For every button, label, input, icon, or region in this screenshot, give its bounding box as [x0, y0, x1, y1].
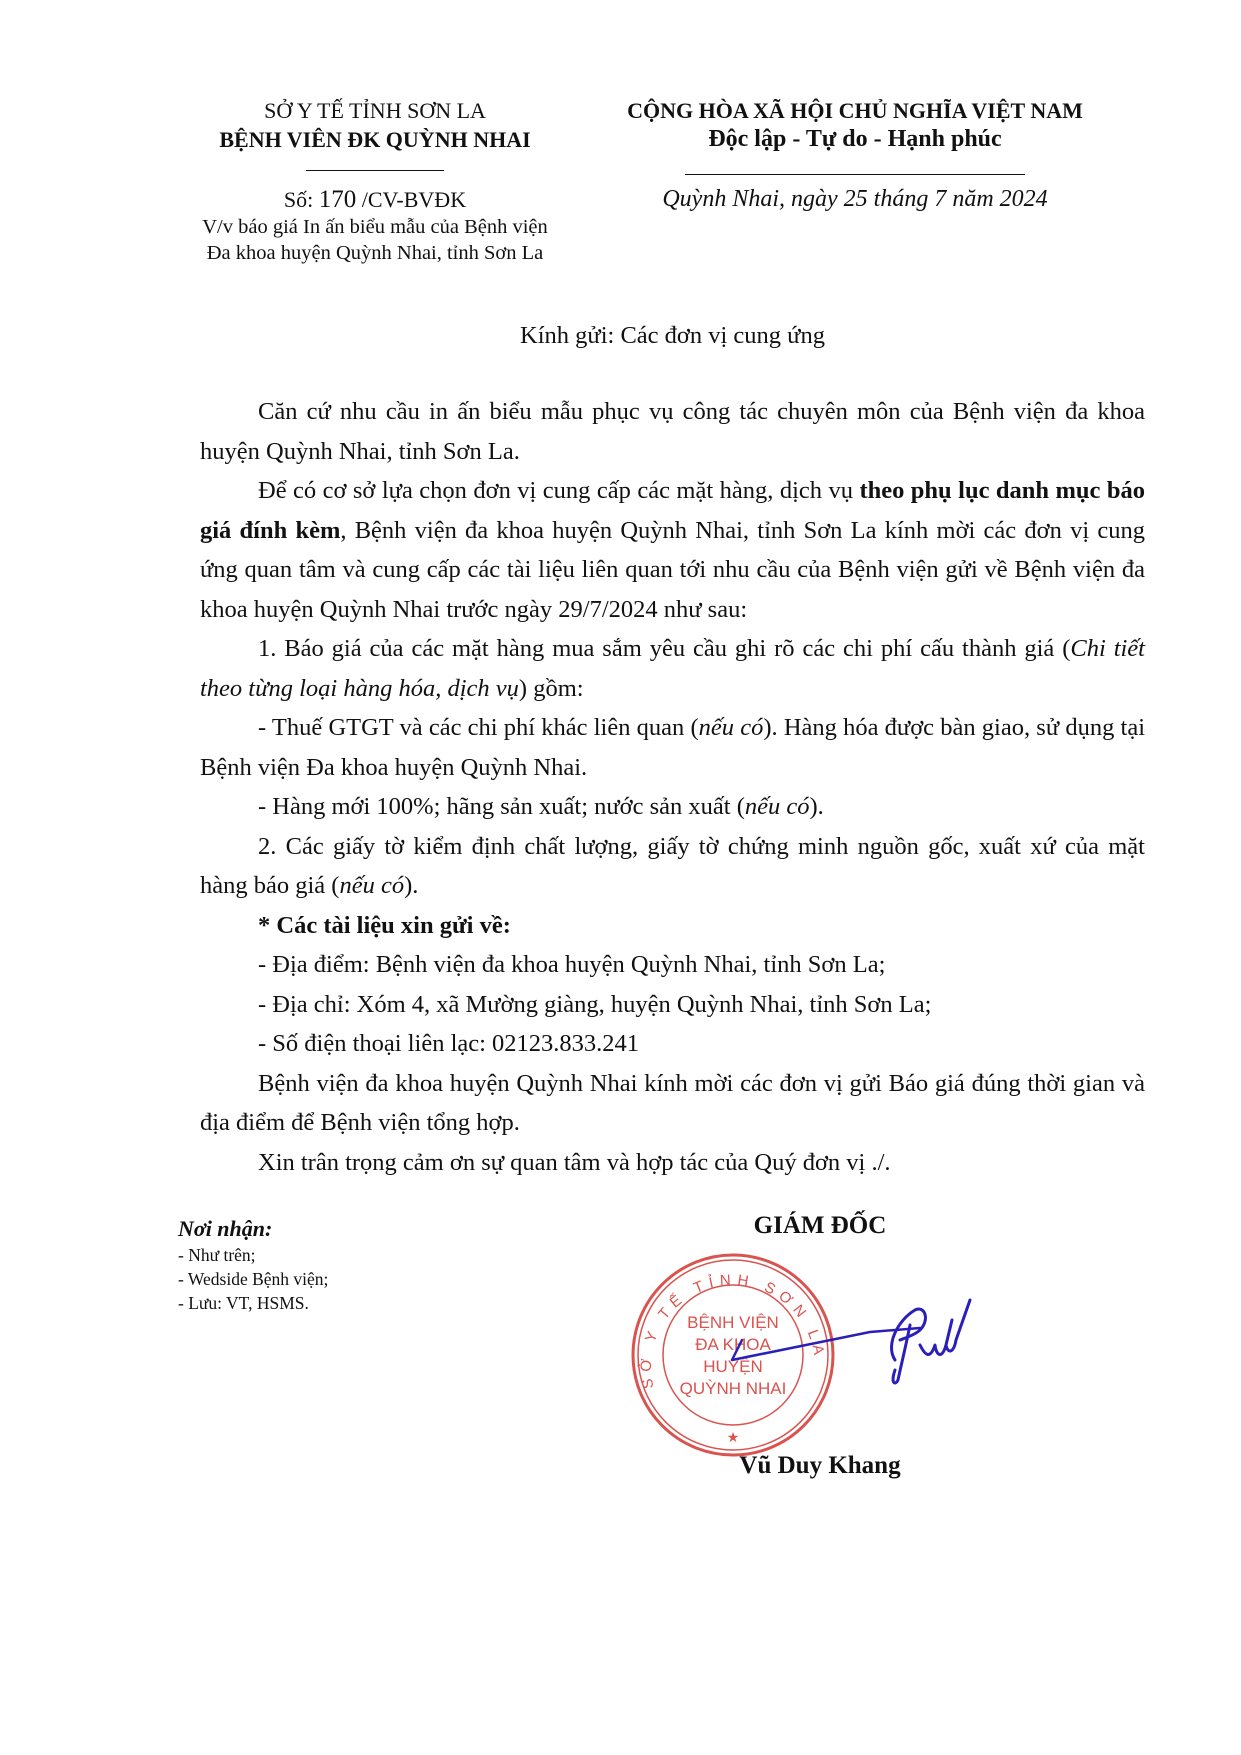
- send-address: - Địa chỉ: Xóm 4, xã Mường giàng, huyện …: [200, 985, 1145, 1025]
- recipients-title: Nơi nhận:: [178, 1215, 578, 1243]
- header-right-divider: [685, 174, 1025, 175]
- svg-text:★: ★: [727, 1430, 740, 1446]
- bullet-vat: - Thuế GTGT và các chi phí khác liên qua…: [200, 708, 1145, 787]
- document-number: Số: 170 /CV-BVĐK: [140, 185, 610, 214]
- letter-body: Căn cứ nhu cầu in ấn biểu mẫu phục vụ cô…: [200, 392, 1145, 1182]
- send-heading: * Các tài liệu xin gửi về:: [200, 906, 1145, 946]
- signer-name: Vũ Duy Khang: [680, 1452, 960, 1480]
- handwritten-signature-icon: [720, 1290, 980, 1400]
- contact-phone: - Số điện thoại liên lạc: 02123.833.241: [200, 1024, 1145, 1064]
- item1-text: 1. Báo giá của các mặt hàng mua sắm yêu …: [258, 635, 1070, 662]
- item-2: 2. Các giấy tờ kiểm định chất lượng, giấ…: [200, 827, 1145, 906]
- national-header: CỘNG HÒA XÃ HỘI CHỦ NGHĨA VIỆT NAM Độc l…: [585, 96, 1125, 214]
- bullet2-italic: nếu có: [745, 793, 810, 820]
- number-suffix: /CV-BVĐK: [362, 187, 466, 212]
- send-location: - Địa điểm: Bệnh viện đa khoa huyện Quỳn…: [200, 945, 1145, 985]
- item1-end: ) gồm:: [519, 675, 584, 702]
- item2-italic: nếu có: [339, 872, 404, 899]
- issuer-header: SỞ Y TẾ TỈNH SƠN LA BỆNH VIÊN ĐK QUỲNH N…: [140, 96, 610, 266]
- number-label: Số:: [284, 187, 313, 212]
- date-line: Quỳnh Nhai, ngày 25 tháng 7 năm 2024: [585, 185, 1125, 214]
- number-value: 170: [319, 186, 357, 213]
- recipients-block: Nơi nhận: - Như trên; - Wedside Bệnh việ…: [178, 1215, 578, 1315]
- national-motto: Độc lập - Tự do - Hạnh phúc: [585, 125, 1125, 154]
- purpose-text-rest: , Bệnh viện đa khoa huyện Quỳnh Nhai, tỉ…: [200, 517, 1145, 623]
- purpose-text: Để có cơ sở lựa chọn đơn vị cung cấp các…: [258, 477, 859, 504]
- item-1: 1. Báo giá của các mặt hàng mua sắm yêu …: [200, 629, 1145, 708]
- department-name: SỞ Y TẾ TỈNH SƠN LA: [140, 96, 610, 125]
- recipient-item: - Như trên;: [178, 1243, 578, 1267]
- header-left-divider: [306, 170, 444, 171]
- bullet1-italic: nếu có: [699, 714, 764, 741]
- paragraph-purpose: Để có cơ sở lựa chọn đơn vị cung cấp các…: [200, 471, 1145, 629]
- item2-end: ).: [404, 872, 418, 899]
- bullet2-text: - Hàng mới 100%; hãng sản xuất; nước sản…: [258, 793, 745, 820]
- subject-line-2: Đa khoa huyện Quỳnh Nhai, tỉnh Sơn La: [140, 240, 610, 266]
- country-name: CỘNG HÒA XÃ HỘI CHỦ NGHĨA VIỆT NAM: [585, 96, 1125, 125]
- paragraph-thanks: Xin trân trọng cảm ơn sự quan tâm và hợp…: [200, 1143, 1145, 1183]
- bullet-new-goods: - Hàng mới 100%; hãng sản xuất; nước sản…: [200, 787, 1145, 827]
- paragraph-basis: Căn cứ nhu cầu in ấn biểu mẫu phục vụ cô…: [200, 392, 1145, 471]
- subject-line-1: V/v báo giá In ấn biểu mẫu của Bệnh viện: [140, 214, 610, 240]
- bullet2-end: ).: [810, 793, 824, 820]
- hospital-name: BỆNH VIÊN ĐK QUỲNH NHAI: [140, 125, 610, 154]
- salutation: Kính gửi: Các đơn vị cung ứng: [200, 322, 1145, 350]
- recipient-item: - Lưu: VT, HSMS.: [178, 1291, 578, 1315]
- recipient-item: - Wedside Bệnh viện;: [178, 1267, 578, 1291]
- paragraph-invite: Bệnh viện đa khoa huyện Quỳnh Nhai kính …: [200, 1064, 1145, 1143]
- bullet1-text: - Thuế GTGT và các chi phí khác liên qua…: [258, 714, 699, 741]
- signer-title: GIÁM ĐỐC: [690, 1212, 950, 1240]
